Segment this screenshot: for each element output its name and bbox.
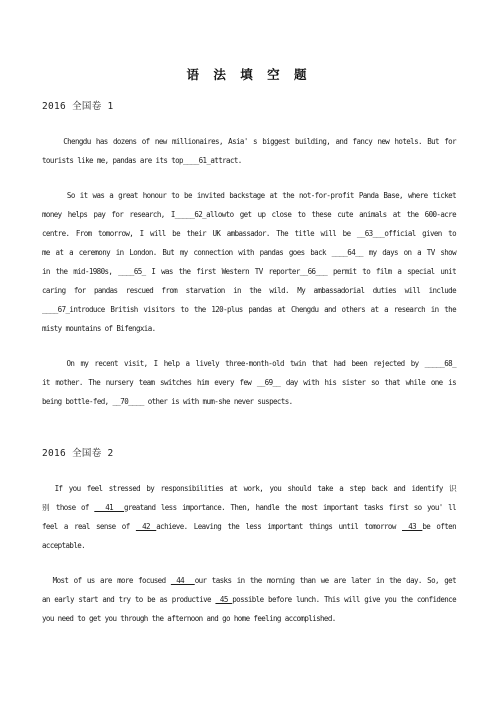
text-segment: Chengdu has dozens of new millionaires, …	[42, 137, 456, 146]
document-title: 语 法 填 空 题	[42, 66, 456, 83]
paragraph-line: Chengdu has dozens of new millionaires, …	[42, 132, 456, 151]
text-segment: in the mid-1980s, ____65_ I was the firs…	[42, 267, 456, 276]
paragraph-line: money helps pay for research, I_____62_a…	[42, 205, 456, 224]
exam-section: 2016 全国卷 2 If you feel stressed by respo…	[42, 444, 456, 628]
paragraph-line: being bottle-fed, __70____ other is with…	[42, 392, 456, 411]
paragraph-line: in the mid-1980s, ____65_ I was the firs…	[42, 262, 456, 281]
text-segment: being bottle-fed, __70____ other is with…	[42, 397, 293, 406]
text-segment: it mother. The nursery team switches him…	[42, 378, 456, 387]
text-segment: tourists like me, pandas are its top____…	[42, 156, 242, 165]
text-segment: possible before lunch. This will give yo…	[232, 595, 456, 604]
paragraph-line: ____67_introduce British visitors to the…	[42, 300, 456, 319]
text-segment: ____67_introduce British visitors to the…	[42, 305, 456, 314]
blank-underline: 43	[402, 522, 422, 531]
paragraph: Chengdu has dozens of new millionaires, …	[42, 132, 456, 170]
text-segment: Most of us are more focused	[42, 576, 171, 585]
blank-underline: 45	[215, 595, 232, 604]
blank-underline: 41	[94, 503, 124, 512]
paragraph-line: it mother. The nursery team switches him…	[42, 373, 456, 392]
text-segment: 别 those of	[42, 503, 94, 512]
paragraph-line: 别 those of 41 greatand less importance. …	[42, 498, 456, 517]
text-segment: be often	[422, 522, 456, 531]
paragraph-line: Most of us are more focused 44 our tasks…	[42, 571, 456, 590]
exam-section: 2016 全国卷 1 Chengdu has dozens of new mil…	[42, 97, 456, 411]
document-page: 语 法 填 空 题 2016 全国卷 1 Chengdu has dozens …	[0, 0, 496, 702]
text-segment: our tasks in the morning than we are lat…	[195, 576, 456, 585]
section-heading: 2016 全国卷 2	[42, 444, 456, 463]
paragraph-line: On my recent visit, I help a lively thre…	[42, 354, 456, 373]
text-segment: caring for pandas rescued from starvatio…	[42, 286, 456, 295]
paragraph-line: me at a ceremony in London. But my conne…	[42, 243, 456, 262]
text-segment: me at a ceremony in London. But my conne…	[42, 248, 456, 257]
paragraph-line: If you feel stressed by responsibilities…	[42, 479, 456, 498]
text-segment: acceptable.	[42, 541, 85, 550]
text-segment: So it was a great honour to be invited b…	[42, 191, 456, 200]
paragraph-line: tourists like me, pandas are its top____…	[42, 151, 456, 170]
blank-underline: 42	[136, 522, 156, 531]
text-segment: achieve. Leaving the less important thin…	[156, 522, 402, 531]
paragraph-line: misty mountains of Bifengxia.	[42, 319, 456, 338]
document-body: 2016 全国卷 1 Chengdu has dozens of new mil…	[42, 97, 456, 628]
paragraph: On my recent visit, I help a lively thre…	[42, 354, 456, 411]
text-segment: you need to get you through the afternoo…	[42, 614, 336, 623]
text-segment: On my recent visit, I help a lively thre…	[42, 359, 456, 368]
paragraph: Most of us are more focused 44 our tasks…	[42, 571, 456, 628]
text-segment: money helps pay for research, I_____62_a…	[42, 210, 456, 219]
text-segment: centre. From tomorrow, I will be their U…	[42, 229, 456, 238]
paragraph-line: feel a real sense of 42 achieve. Leaving…	[42, 517, 456, 536]
paragraph: If you feel stressed by responsibilities…	[42, 479, 456, 555]
paragraph-line: acceptable.	[42, 536, 456, 555]
paragraph-line: an early start and try to be as producti…	[42, 590, 456, 609]
paragraph-line: caring for pandas rescued from starvatio…	[42, 281, 456, 300]
text-segment: misty mountains of Bifengxia.	[42, 324, 156, 333]
paragraph-line: centre. From tomorrow, I will be their U…	[42, 224, 456, 243]
text-segment: greatand less importance. Then, handle t…	[124, 503, 456, 512]
text-segment: an early start and try to be as producti…	[42, 595, 215, 604]
blank-underline: 44	[171, 576, 195, 585]
text-segment: feel a real sense of	[42, 522, 136, 531]
section-heading: 2016 全国卷 1	[42, 97, 456, 116]
paragraph-line: So it was a great honour to be invited b…	[42, 186, 456, 205]
paragraph: So it was a great honour to be invited b…	[42, 186, 456, 338]
paragraph-line: you need to get you through the afternoo…	[42, 609, 456, 628]
text-segment: If you feel stressed by responsibilities…	[42, 484, 456, 493]
